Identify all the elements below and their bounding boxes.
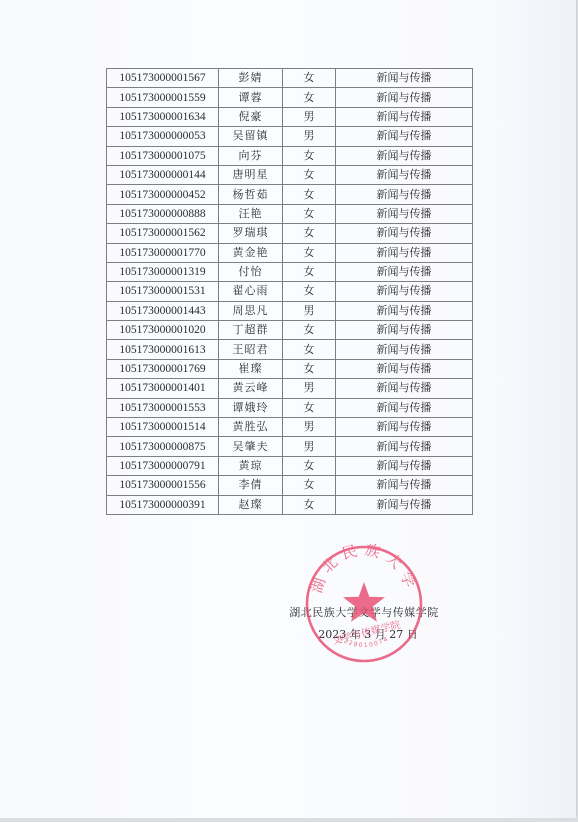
gender-cell: 女	[283, 204, 336, 223]
student-id-cell: 105173000001075	[107, 146, 219, 165]
student-id-cell: 105173000001769	[107, 359, 219, 378]
student-name-cell: 黄金艳	[219, 243, 283, 262]
student-id-cell: 105173000001567	[107, 69, 219, 88]
student-name-cell: 罗瑞琪	[219, 224, 283, 243]
student-id-cell: 105173000001770	[107, 243, 219, 262]
table-row: 105173000001613王昭君女新闻与传播	[107, 340, 473, 359]
student-name-cell: 倪豪	[219, 107, 283, 126]
table-row: 105173000000791黄琼女新闻与传播	[107, 456, 473, 475]
gender-cell: 女	[283, 185, 336, 204]
student-name-cell: 彭婧	[219, 69, 283, 88]
student-id-cell: 105173000000791	[107, 456, 219, 475]
table-row: 105173000000875吴肇夫男新闻与传播	[107, 437, 473, 456]
major-cell: 新闻与传播	[336, 224, 473, 243]
major-cell: 新闻与传播	[336, 127, 473, 146]
table-row: 105173000001553谭娥玲女新闻与传播	[107, 398, 473, 417]
student-id-cell: 105173000000144	[107, 165, 219, 184]
major-cell: 新闻与传播	[336, 262, 473, 281]
student-id-cell: 105173000001514	[107, 418, 219, 437]
major-cell: 新闻与传播	[336, 146, 473, 165]
major-cell: 新闻与传播	[336, 185, 473, 204]
major-cell: 新闻与传播	[336, 301, 473, 320]
major-cell: 新闻与传播	[336, 69, 473, 88]
student-name-cell: 汪艳	[219, 204, 283, 223]
table-row: 105173000001020丁超群女新闻与传播	[107, 321, 473, 340]
table-row: 105173000001514黄胜弘男新闻与传播	[107, 418, 473, 437]
student-name-cell: 向芬	[219, 146, 283, 165]
table-row: 105173000001559谭蓉女新闻与传播	[107, 88, 473, 107]
student-name-cell: 谭蓉	[219, 88, 283, 107]
table-row: 105173000000053吴留镇男新闻与传播	[107, 127, 473, 146]
major-cell: 新闻与传播	[336, 88, 473, 107]
major-cell: 新闻与传播	[336, 398, 473, 417]
major-cell: 新闻与传播	[336, 107, 473, 126]
student-id-cell: 105173000000875	[107, 437, 219, 456]
student-name-cell: 翟心雨	[219, 282, 283, 301]
student-id-cell: 105173000001556	[107, 476, 219, 495]
signature-date: 2023 年 3 月 27 日	[264, 624, 464, 646]
student-name-cell: 丁超群	[219, 321, 283, 340]
major-cell: 新闻与传播	[336, 165, 473, 184]
document-page: 105173000001567彭婧女新闻与传播105173000001559谭蓉…	[0, 0, 577, 818]
gender-cell: 男	[283, 127, 336, 146]
major-cell: 新闻与传播	[336, 340, 473, 359]
student-name-cell: 黄胜弘	[219, 418, 283, 437]
gender-cell: 女	[283, 88, 336, 107]
table-row: 105173000001531翟心雨女新闻与传播	[107, 282, 473, 301]
student-id-cell: 105173000001634	[107, 107, 219, 126]
student-name-cell: 杨哲茹	[219, 185, 283, 204]
student-name-cell: 唐明星	[219, 165, 283, 184]
student-id-cell: 105173000001613	[107, 340, 219, 359]
gender-cell: 男	[283, 107, 336, 126]
student-id-cell: 105173000000452	[107, 185, 219, 204]
student-name-cell: 付怡	[219, 262, 283, 281]
gender-cell: 男	[283, 301, 336, 320]
signature-block: 湖北民族大学文学与传媒学院 2023 年 3 月 27 日	[264, 602, 464, 646]
student-id-cell: 105173000000888	[107, 204, 219, 223]
student-name-cell: 崔璨	[219, 359, 283, 378]
student-name-cell: 王昭君	[219, 340, 283, 359]
major-cell: 新闻与传播	[336, 495, 473, 514]
student-name-cell: 谭娥玲	[219, 398, 283, 417]
gender-cell: 女	[283, 165, 336, 184]
table-row: 105173000000144唐明星女新闻与传播	[107, 165, 473, 184]
gender-cell: 女	[283, 262, 336, 281]
major-cell: 新闻与传播	[336, 456, 473, 475]
table-row: 105173000001567彭婧女新闻与传播	[107, 69, 473, 88]
gender-cell: 女	[283, 456, 336, 475]
student-name-cell: 周思凡	[219, 301, 283, 320]
gender-cell: 女	[283, 398, 336, 417]
major-cell: 新闻与传播	[336, 243, 473, 262]
student-roster-table: 105173000001567彭婧女新闻与传播105173000001559谭蓉…	[106, 68, 473, 515]
student-name-cell: 吴肇夫	[219, 437, 283, 456]
student-name-cell: 黄云峰	[219, 379, 283, 398]
major-cell: 新闻与传播	[336, 359, 473, 378]
student-id-cell: 105173000000391	[107, 495, 219, 514]
table-row: 105173000000888汪艳女新闻与传播	[107, 204, 473, 223]
student-id-cell: 105173000001319	[107, 262, 219, 281]
gender-cell: 女	[283, 321, 336, 340]
gender-cell: 男	[283, 379, 336, 398]
student-id-cell: 105173000001020	[107, 321, 219, 340]
gender-cell: 女	[283, 146, 336, 165]
major-cell: 新闻与传播	[336, 282, 473, 301]
student-id-cell: 105173000001562	[107, 224, 219, 243]
gender-cell: 女	[283, 359, 336, 378]
gender-cell: 女	[283, 340, 336, 359]
major-cell: 新闻与传播	[336, 476, 473, 495]
student-id-cell: 105173000001553	[107, 398, 219, 417]
signature-organization: 湖北民族大学文学与传媒学院	[264, 602, 464, 624]
gender-cell: 女	[283, 282, 336, 301]
student-id-cell: 105173000001443	[107, 301, 219, 320]
table-row: 105173000001319付怡女新闻与传播	[107, 262, 473, 281]
gender-cell: 女	[283, 243, 336, 262]
major-cell: 新闻与传播	[336, 321, 473, 340]
student-id-cell: 105173000001559	[107, 88, 219, 107]
table-row: 105173000001562罗瑞琪女新闻与传播	[107, 224, 473, 243]
major-cell: 新闻与传播	[336, 204, 473, 223]
table-row: 105173000001770黄金艳女新闻与传播	[107, 243, 473, 262]
major-cell: 新闻与传播	[336, 379, 473, 398]
gender-cell: 男	[283, 437, 336, 456]
gender-cell: 男	[283, 418, 336, 437]
table-row: 105173000001556李倩女新闻与传播	[107, 476, 473, 495]
table-row: 105173000000391赵璨女新闻与传播	[107, 495, 473, 514]
student-id-cell: 105173000001531	[107, 282, 219, 301]
table-row: 105173000001075向芬女新闻与传播	[107, 146, 473, 165]
table-row: 105173000000452杨哲茹女新闻与传播	[107, 185, 473, 204]
student-id-cell: 105173000001401	[107, 379, 219, 398]
table-row: 105173000001401黄云峰男新闻与传播	[107, 379, 473, 398]
table-row: 105173000001769崔璨女新闻与传播	[107, 359, 473, 378]
table-row: 105173000001443周思凡男新闻与传播	[107, 301, 473, 320]
student-id-cell: 105173000000053	[107, 127, 219, 146]
gender-cell: 女	[283, 69, 336, 88]
table-row: 105173000001634倪豪男新闻与传播	[107, 107, 473, 126]
stamp-outer-text: 湖北民族大学	[308, 544, 421, 595]
student-name-cell: 吴留镇	[219, 127, 283, 146]
roster-body: 105173000001567彭婧女新闻与传播105173000001559谭蓉…	[107, 69, 473, 515]
gender-cell: 女	[283, 495, 336, 514]
gender-cell: 女	[283, 476, 336, 495]
gender-cell: 女	[283, 224, 336, 243]
major-cell: 新闻与传播	[336, 418, 473, 437]
student-name-cell: 赵璨	[219, 495, 283, 514]
major-cell: 新闻与传播	[336, 437, 473, 456]
student-name-cell: 李倩	[219, 476, 283, 495]
student-name-cell: 黄琼	[219, 456, 283, 475]
